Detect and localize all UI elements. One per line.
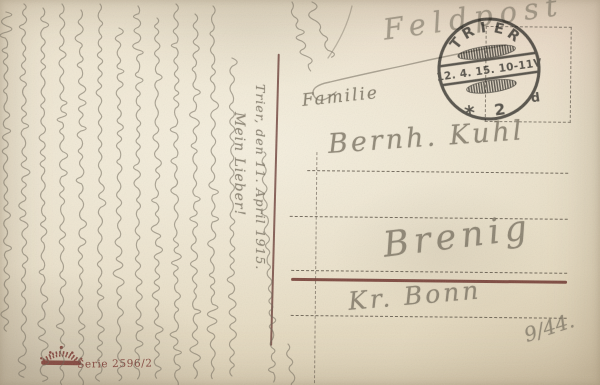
message-greeting: Mein Lieber! — [231, 112, 247, 216]
svg-text:E: E — [492, 20, 505, 38]
postmark-date: 12. 4. 15. 10-11V — [436, 57, 543, 84]
postcard-scan: Serie 2596/2 Trier, den 11. April 1915. … — [0, 0, 600, 385]
postmark-district-letter: d — [530, 89, 541, 105]
postmark-code: 2 — [493, 99, 507, 119]
postmark-star: * — [463, 100, 477, 125]
message-date-line: Trier, den 11. April 1915. — [253, 84, 268, 270]
postmark-stamp: TRIER 12. 4. 15. 10-11V * 2 d — [426, 6, 552, 132]
svg-text:I: I — [480, 20, 488, 37]
